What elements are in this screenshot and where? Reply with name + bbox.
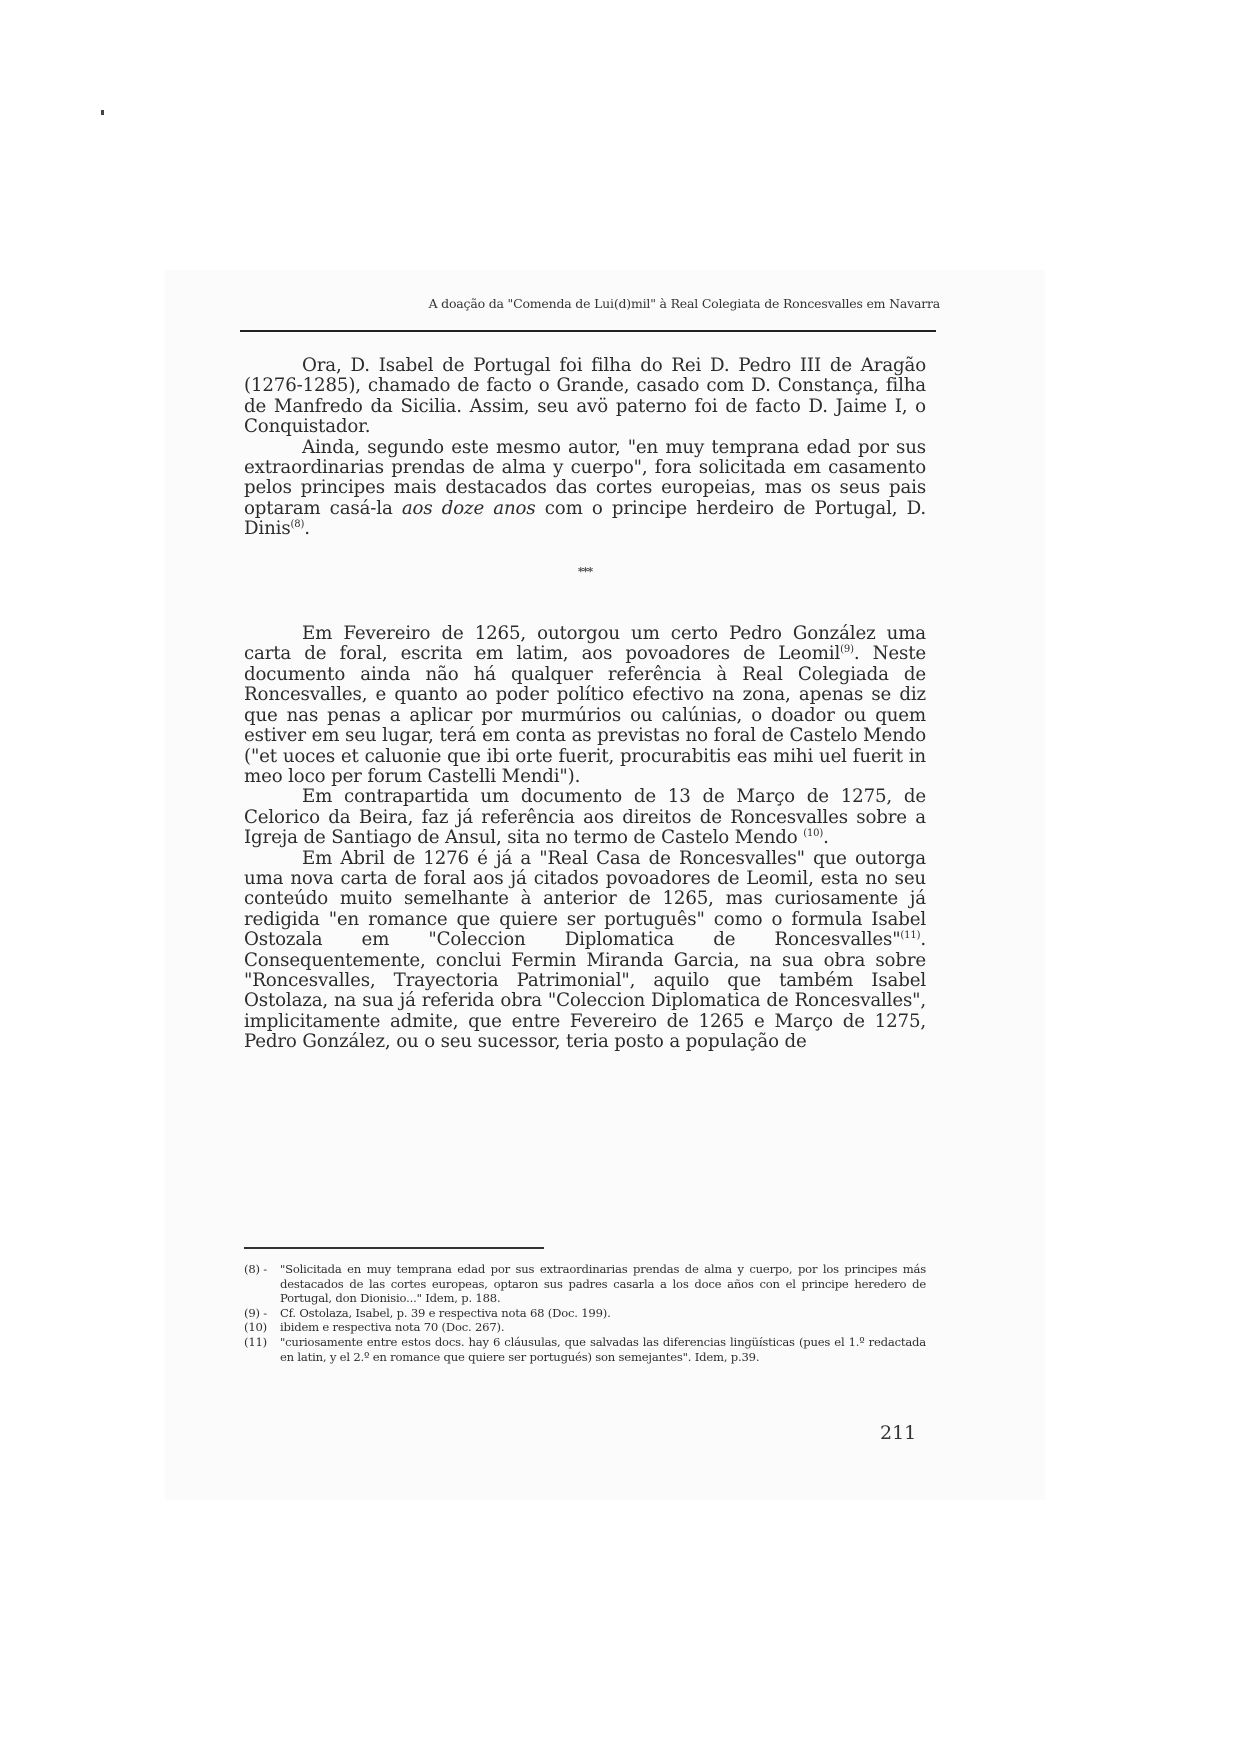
running-head: A doação da "Comenda de Lui(d)mil" à Rea…: [240, 296, 940, 311]
footnote-text: "curiosamente entre estos docs. hay 6 cl…: [280, 1335, 926, 1364]
paragraph: Ainda, segundo este mesmo autor, "en muy…: [244, 438, 926, 540]
header-rule: [240, 330, 936, 332]
footnote-text: Cf. Ostolaza, Isabel, p. 39 e respectiva…: [280, 1306, 926, 1321]
footnote: (11) "curiosamente entre estos docs. hay…: [244, 1335, 926, 1364]
footnote-ref[interactable]: (8): [291, 519, 305, 530]
body-text: Ora, D. Isabel de Portugal foi filha do …: [244, 356, 926, 1053]
footnote-number: (11): [244, 1335, 280, 1364]
scan-speck: [101, 110, 104, 115]
paragraph: Em Fevereiro de 1265, outorgou um certo …: [244, 624, 926, 787]
section-separator: ***: [244, 562, 926, 582]
footnote-number: (10): [244, 1320, 280, 1335]
footnote: (8) - "Solicitada en muy temprana edad p…: [244, 1262, 926, 1306]
paragraph: Ora, D. Isabel de Portugal foi filha do …: [244, 356, 926, 438]
footnote: (10) ibidem e respectiva nota 70 (Doc. 2…: [244, 1320, 926, 1335]
paragraph: Em Abril de 1276 é já a "Real Casa de Ro…: [244, 849, 926, 1053]
italic-phrase: aos doze anos: [402, 498, 536, 519]
footnote-number: (8) -: [244, 1262, 280, 1306]
footnote-ref[interactable]: (9): [840, 644, 854, 655]
footnote-ref[interactable]: (11): [900, 930, 920, 941]
footnotes: (8) - "Solicitada en muy temprana edad p…: [244, 1262, 926, 1364]
footnote-number: (9) -: [244, 1306, 280, 1321]
footnote-text: "Solicitada en muy temprana edad por sus…: [280, 1262, 926, 1306]
footnote-text: ibidem e respectiva nota 70 (Doc. 267).: [280, 1320, 926, 1335]
paragraph: Em contrapartida um documento de 13 de M…: [244, 787, 926, 848]
footnote: (9) - Cf. Ostolaza, Isabel, p. 39 e resp…: [244, 1306, 926, 1321]
footnote-rule: [244, 1247, 544, 1249]
footnote-ref[interactable]: (10): [803, 828, 823, 839]
page-number: 211: [880, 1422, 916, 1444]
